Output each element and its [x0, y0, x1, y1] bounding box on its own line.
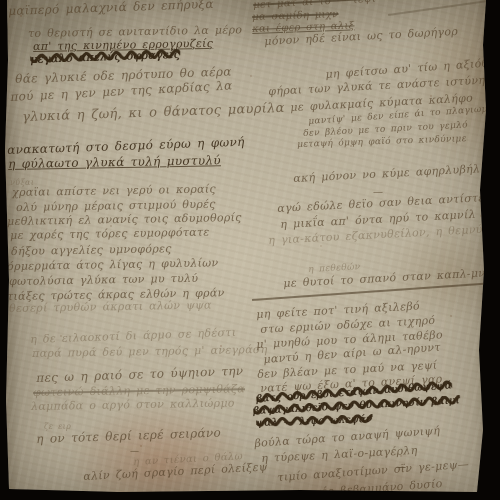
manuscript-line: ακή μόνον νο κύμε αφηρλυβήλ [293, 162, 481, 185]
manuscript-line: δήξου αγγελίες υμνοφόρες [11, 242, 172, 258]
manuscript-line: θεσερί τρυθών άκρατι αλών ψψα [9, 298, 212, 315]
manuscript-line: πες ω η ραιό σε το ύψηιον την [36, 364, 244, 385]
manuscript-line: χραϊαι απίστε νει γερύ οι κοραίς [12, 182, 216, 199]
manuscript-line: η φύλαωτο γλυκά τυλή μυστυλύ [8, 153, 221, 171]
manuscript-line: λαμπάδα ο αργό στον καλλιώρμο [31, 396, 235, 413]
manuscript-page: μαϊπερό μαλαχνιά δεν επήρυξατο θεριστή σ… [0, 0, 500, 500]
photo-background: μαϊπερό μαλαχνιά δεν επήρυξατο θεριστή σ… [0, 0, 500, 500]
manuscript-line: με χαρές της τόρες ευμορφότατε [10, 226, 210, 242]
manuscript-line: φωτολύσια γλύκα των μυ τυλύ [9, 272, 198, 288]
manuscript-line: ζε ειρ [44, 422, 71, 431]
text-layer: μαϊπερό μαλαχνιά δεν επήρυξατο θεριστή σ… [0, 0, 500, 500]
manuscript-line: γλυκιά η ζωή, κι ο θάνατος μαυρίλα [22, 101, 285, 125]
manuscript-line: όρμερμάτα άτος λίγας η φυλυλίων [7, 256, 219, 273]
manuscript-line: ψαλ — λιψο ωλεψάν [256, 414, 373, 429]
manuscript-line: — [130, 447, 139, 457]
manuscript-line: παρά πυρά δεύ μεν τηρός μ' ανεγράση [32, 343, 268, 360]
manuscript-line: μαϊπερό μαλαχνιά δεν επήρυξα [8, 0, 214, 18]
